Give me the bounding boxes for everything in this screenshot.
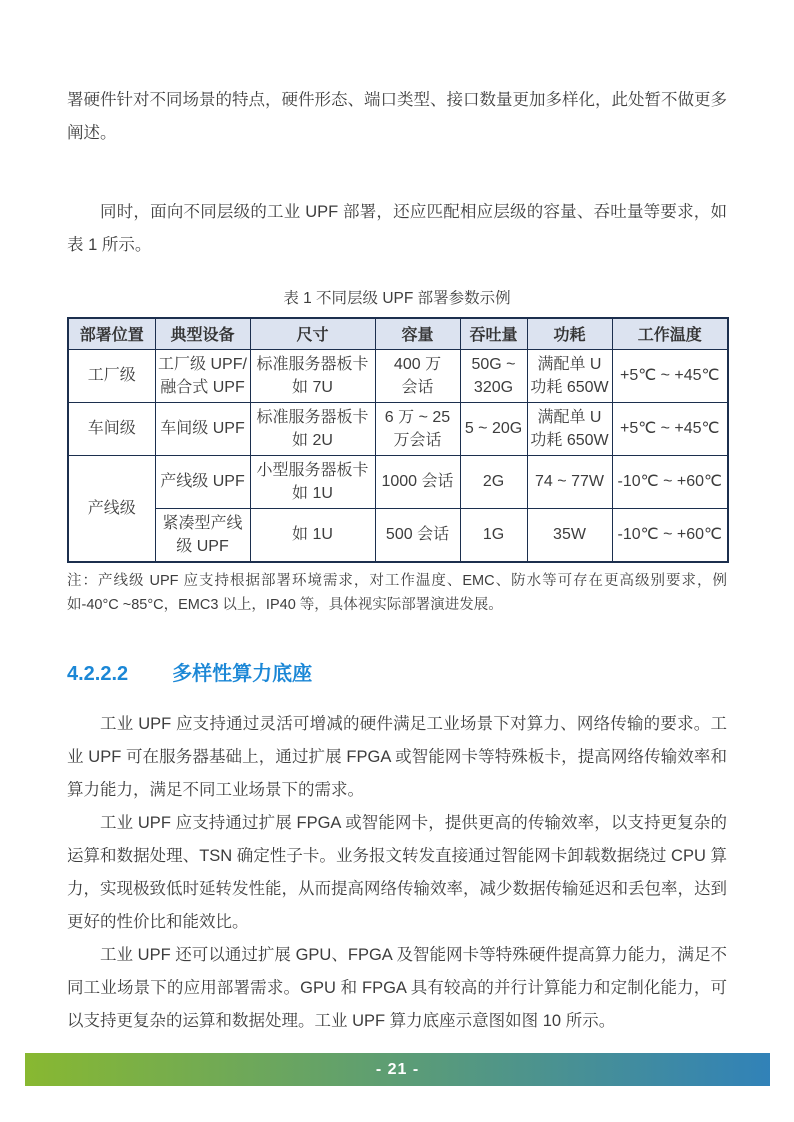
page-number: - 21 - <box>376 1061 419 1079</box>
body-paragraph: 工业 UPF 还可以通过扩展 GPU、FPGA 及智能网卡等特殊硬件提高算力能力… <box>67 939 727 1038</box>
section-heading: 4.2.2.2多样性算力底座 <box>67 657 727 686</box>
table-row-factory: 工厂级 工厂级 UPF/ 融合式 UPF 标准服务器板卡 如 7U 400 万 … <box>68 349 728 402</box>
footer-bar: - 21 - <box>25 1053 770 1086</box>
table-cell: 满配单 U 功耗 650W <box>527 402 612 455</box>
table-cell: +5℃ ~ +45℃ <box>612 402 728 455</box>
table-row-line-level: 产线级 产线级 UPF 小型服务器板卡 如 1U 1000 会话 2G 74 ~… <box>68 455 728 508</box>
column-header-power: 功耗 <box>527 318 612 349</box>
table-cell: 小型服务器板卡 如 1U <box>250 455 375 508</box>
table-cell: 车间级 <box>68 402 155 455</box>
table-cell: 产线级 UPF <box>155 455 250 508</box>
table-cell: 6 万 ~ 25 万会话 <box>375 402 460 455</box>
column-header-size: 尺寸 <box>250 318 375 349</box>
column-header-capacity: 容量 <box>375 318 460 349</box>
table-cell: +5℃ ~ +45℃ <box>612 349 728 402</box>
table-cell: 2G <box>460 455 527 508</box>
table-cell: 400 万 会话 <box>375 349 460 402</box>
table-cell: 工厂级 UPF/ 融合式 UPF <box>155 349 250 402</box>
paragraph-continuation: 署硬件针对不同场景的特点，硬件形态、端口类型、接口数量更加多样化，此处暂不做更多… <box>67 84 727 150</box>
table-cell: 1G <box>460 508 527 562</box>
table-row-compact-line-level: 紧凑型产线 级 UPF 如 1U 500 会话 1G 35W -10℃ ~ +6… <box>68 508 728 562</box>
column-header-throughput: 吞吐量 <box>460 318 527 349</box>
table-cell: -10℃ ~ +60℃ <box>612 508 728 562</box>
paragraph-intro: 同时，面向不同层级的工业 UPF 部署，还应匹配相应层级的容量、吞吐量等要求，如… <box>67 196 727 262</box>
section-number: 4.2.2.2 <box>67 663 128 686</box>
table-cell: 工厂级 <box>68 349 155 402</box>
table-cell: 车间级 UPF <box>155 402 250 455</box>
document-page: 署硬件针对不同场景的特点，硬件形态、端口类型、接口数量更加多样化，此处暂不做更多… <box>0 0 794 1122</box>
body-paragraph: 工业 UPF 应支持通过扩展 FPGA 或智能网卡，提供更高的传输效率，以支持更… <box>67 807 727 939</box>
column-header-location: 部署位置 <box>68 318 155 349</box>
table-cell: 如 1U <box>250 508 375 562</box>
table-cell: 50G ~ 320G <box>460 349 527 402</box>
table-cell: 满配单 U 功耗 650W <box>527 349 612 402</box>
section-title: 多样性算力底座 <box>172 663 312 685</box>
column-header-device: 典型设备 <box>155 318 250 349</box>
column-header-temperature: 工作温度 <box>612 318 728 349</box>
table-cell: 标准服务器板卡 如 2U <box>250 402 375 455</box>
table-cell: -10℃ ~ +60℃ <box>612 455 728 508</box>
table-cell: 35W <box>527 508 612 562</box>
table-cell: 标准服务器板卡 如 7U <box>250 349 375 402</box>
table-cell: 500 会话 <box>375 508 460 562</box>
table-header-row: 部署位置 典型设备 尺寸 容量 吞吐量 功耗 工作温度 <box>68 318 728 349</box>
table-cell: 1000 会话 <box>375 455 460 508</box>
table-cell-merged: 产线级 <box>68 455 155 562</box>
page-content: 署硬件针对不同场景的特点，硬件形态、端口类型、接口数量更加多样化，此处暂不做更多… <box>67 0 727 1038</box>
table-cell: 74 ~ 77W <box>527 455 612 508</box>
upf-parameters-table: 部署位置 典型设备 尺寸 容量 吞吐量 功耗 工作温度 工厂级 工厂级 UPF/… <box>67 317 729 563</box>
table-cell: 紧凑型产线 级 UPF <box>155 508 250 562</box>
table-cell: 5 ~ 20G <box>460 402 527 455</box>
table-row-workshop: 车间级 车间级 UPF 标准服务器板卡 如 2U 6 万 ~ 25 万会话 5 … <box>68 402 728 455</box>
table-caption: 表 1 不同层级 UPF 部署参数示例 <box>67 286 727 308</box>
table-note: 注：产线级 UPF 应支持根据部署环境需求，对工作温度、EMC、防水等可存在更高… <box>67 569 727 617</box>
body-paragraph: 工业 UPF 应支持通过灵活可增减的硬件满足工业场景下对算力、网络传输的要求。工… <box>67 708 727 807</box>
